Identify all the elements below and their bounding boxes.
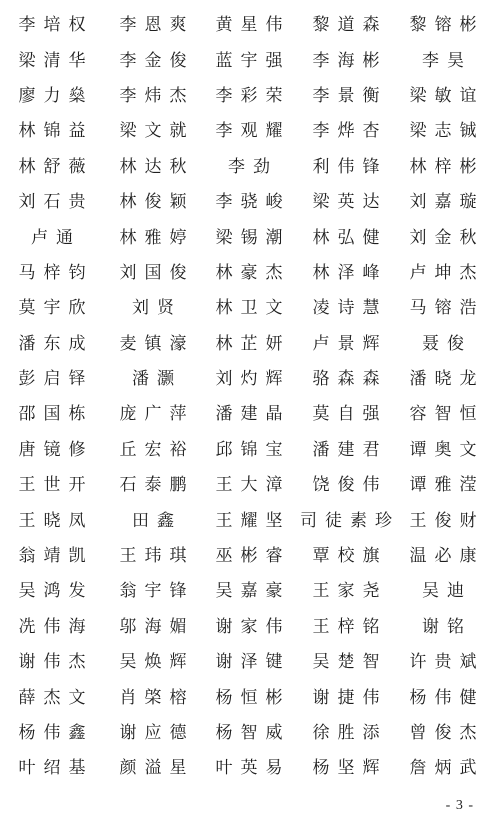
person-name: 饶俊伟 [296,465,396,500]
person-name: 吴楚智 [296,642,396,677]
person-name: 叶英易 [202,748,296,783]
page-number: - 3 - [446,798,474,814]
person-name: 林雅婷 [104,217,202,252]
person-name: 王家尧 [296,571,396,606]
person-name: 徐胜添 [296,713,396,748]
person-name: 李海彬 [296,40,396,75]
person-name: 冼伟海 [0,607,104,642]
person-name: 巫彬睿 [202,536,296,571]
person-name: 温必康 [396,536,490,571]
person-name: 林舒薇 [0,147,104,182]
person-name: 曾俊杰 [396,713,490,748]
person-name: 肖棨榕 [104,677,202,712]
person-name: 杨伟健 [396,677,490,712]
person-name: 叶绍基 [0,748,104,783]
person-name: 许贵斌 [396,642,490,677]
person-name: 李劲 [202,147,296,182]
document-page: 李培权李恩爽黄星伟黎道森黎镕彬梁清华李金俊蓝宇强李海彬李昊廖力燊李炜杰李彩荣李景… [0,0,502,829]
person-name: 梁文就 [104,111,202,146]
person-name: 覃校旗 [296,536,396,571]
person-name: 容智恒 [396,394,490,429]
person-name: 谢捷伟 [296,677,396,712]
person-name: 王俊财 [396,500,490,535]
person-name: 潘灏 [104,359,202,394]
person-name: 蓝宇强 [202,40,296,75]
person-name: 刘贤 [104,288,202,323]
person-name: 黎镕彬 [396,5,490,40]
person-name: 詹炳武 [396,748,490,783]
person-name: 吴鸿发 [0,571,104,606]
person-name: 王晓凤 [0,500,104,535]
person-name: 梁志铖 [396,111,490,146]
person-name: 翁宇锋 [104,571,202,606]
person-name: 李观耀 [202,111,296,146]
person-name: 李骁峻 [202,182,296,217]
person-name: 莫宇欣 [0,288,104,323]
person-name: 邬海媚 [104,607,202,642]
person-name: 谢伟杰 [0,642,104,677]
person-name: 彭启铎 [0,359,104,394]
person-name: 谭奥文 [396,430,490,465]
person-name: 李烨杏 [296,111,396,146]
person-name: 刘金秋 [396,217,490,252]
person-name: 梁敏谊 [396,76,490,111]
person-name: 杨恒彬 [202,677,296,712]
person-name: 谢应德 [104,713,202,748]
person-name: 梁清华 [0,40,104,75]
person-name: 石泰鹏 [104,465,202,500]
person-name: 李彩荣 [202,76,296,111]
person-name: 王玮琪 [104,536,202,571]
person-name: 邵国栋 [0,394,104,429]
person-name: 黎道森 [296,5,396,40]
person-name: 王大漳 [202,465,296,500]
person-name: 林俊颖 [104,182,202,217]
person-name: 翁靖凯 [0,536,104,571]
person-name: 唐镜修 [0,430,104,465]
person-name: 林弘健 [296,217,396,252]
person-name: 黄星伟 [202,5,296,40]
person-name: 吴焕辉 [104,642,202,677]
person-name: 谢泽键 [202,642,296,677]
person-name: 林芷妍 [202,324,296,359]
person-name: 莫自强 [296,394,396,429]
person-name: 卢坤杰 [396,253,490,288]
person-name: 林锦益 [0,111,104,146]
person-name: 梁英达 [296,182,396,217]
person-name: 李培权 [0,5,104,40]
person-name: 林泽峰 [296,253,396,288]
person-name: 谢铭 [396,607,490,642]
person-name: 廖力燊 [0,76,104,111]
person-name: 李金俊 [104,40,202,75]
person-name: 司徒素珍 [296,500,396,535]
person-name: 林梓彬 [396,147,490,182]
person-name: 利伟锋 [296,147,396,182]
person-name: 潘建晶 [202,394,296,429]
person-name: 李景衡 [296,76,396,111]
person-name: 刘嘉璇 [396,182,490,217]
person-name: 马梓钧 [0,253,104,288]
person-name: 吴嘉豪 [202,571,296,606]
person-name: 潘晓龙 [396,359,490,394]
person-name: 聂俊 [396,324,490,359]
person-name: 杨坚辉 [296,748,396,783]
person-name: 王耀坚 [202,500,296,535]
person-name: 林卫文 [202,288,296,323]
person-name: 薛杰文 [0,677,104,712]
person-name: 颜溢星 [104,748,202,783]
person-name: 王梓铭 [296,607,396,642]
person-name: 卢通 [0,217,104,252]
person-name: 潘东成 [0,324,104,359]
person-name: 丘宏裕 [104,430,202,465]
person-name: 麦镇濠 [104,324,202,359]
person-name: 谢家伟 [202,607,296,642]
person-name: 梁锡潮 [202,217,296,252]
person-name: 刘国俊 [104,253,202,288]
person-name: 庞广萍 [104,394,202,429]
person-name: 邱锦宝 [202,430,296,465]
person-name: 骆森森 [296,359,396,394]
person-name: 杨智威 [202,713,296,748]
person-name: 谭雅滢 [396,465,490,500]
person-name: 李炜杰 [104,76,202,111]
person-name: 王世开 [0,465,104,500]
names-grid: 李培权李恩爽黄星伟黎道森黎镕彬梁清华李金俊蓝宇强李海彬李昊廖力燊李炜杰李彩荣李景… [0,5,490,784]
person-name: 田鑫 [104,500,202,535]
person-name: 卢景辉 [296,324,396,359]
person-name: 刘灼辉 [202,359,296,394]
person-name: 潘建君 [296,430,396,465]
person-name: 李昊 [396,40,490,75]
person-name: 李恩爽 [104,5,202,40]
person-name: 吴迪 [396,571,490,606]
person-name: 刘石贵 [0,182,104,217]
person-name: 凌诗慧 [296,288,396,323]
person-name: 林达秋 [104,147,202,182]
person-name: 杨伟鑫 [0,713,104,748]
person-name: 马镕浩 [396,288,490,323]
person-name: 林豪杰 [202,253,296,288]
